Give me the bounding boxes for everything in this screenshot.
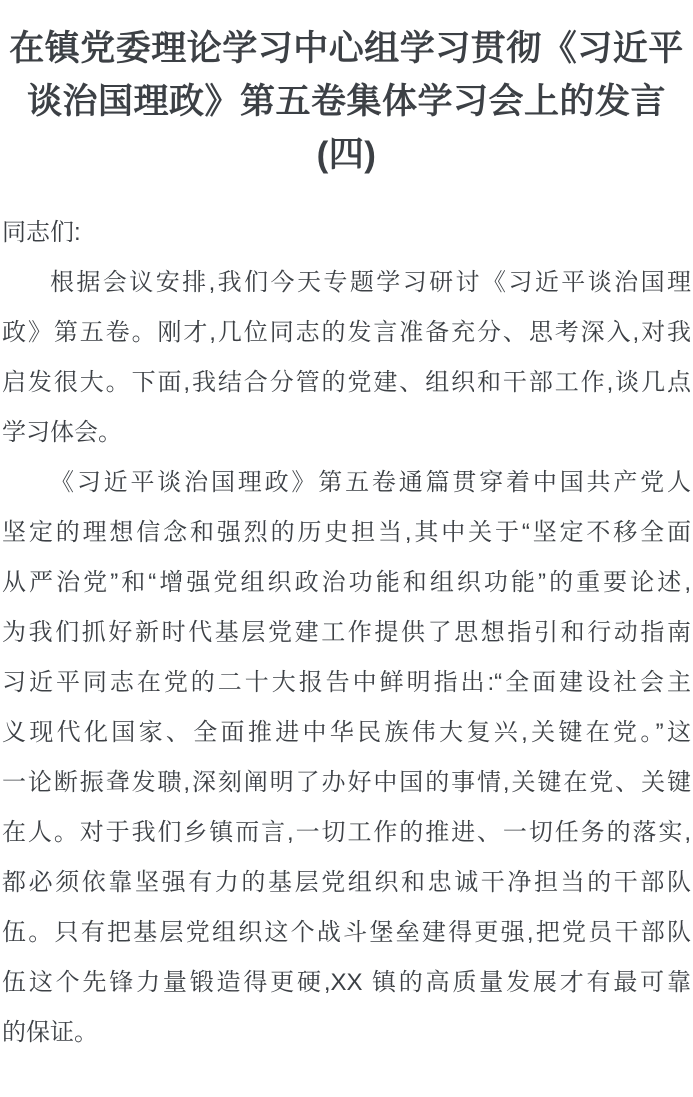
body-text-line: 都必须依靠坚强有力的基层党组织和忠诚干净担当的干部队 — [2, 858, 691, 908]
body-text-line: 政》第五卷。刚才,几位同志的发言准备充分、思考深入,对我 — [2, 308, 691, 358]
body-text-line: 伍。只有把基层党组织这个战斗堡垒建得更强,把党员干部队 — [2, 908, 691, 958]
title-line: 在镇党委理论学习中心组学习贯彻《习近平 — [6, 22, 687, 75]
body-text-line: 学习体会。 — [2, 408, 691, 458]
body-text-line: 义现代化国家、全面推进中华民族伟大复兴,关键在党。”这 — [2, 708, 691, 758]
body-text-line: 启发很大。下面,我结合分管的党建、组织和干部工作,谈几点 — [2, 358, 691, 408]
title-part-number: (四) — [6, 128, 687, 181]
body-text-line: 坚定的理想信念和强烈的历史担当,其中关于“坚定不移全面 — [2, 508, 691, 558]
body-text-line: 在人。对于我们乡镇而言,一切工作的推进、一切任务的落实, — [2, 808, 691, 858]
body-text-line: 从严治党”和“增强党组织政治功能和组织功能”的重要论述, — [2, 558, 691, 608]
body-text-line: 为我们抓好新时代基层党建工作提供了思想指引和行动指南 — [2, 608, 691, 658]
body-text-line: 根据会议安排,我们今天专题学习研讨《习近平谈治国理 — [2, 258, 691, 308]
body-text-line: 《习近平谈治国理政》第五卷通篇贯穿着中国共产党人 — [2, 458, 691, 508]
body-text-line: 伍这个先锋力量锻造得更硬,XX 镇的高质量发展才有最可靠 — [2, 958, 691, 1008]
body-text-line: 一论断振聋发聩,深刻阐明了办好中国的事情,关键在党、关键 — [2, 758, 691, 808]
body-text-line: 的保证。 — [2, 1008, 691, 1058]
document-body: 同志们: 根据会议安排,我们今天专题学习研讨《习近平谈治国理 政》第五卷。刚才,… — [2, 208, 691, 1058]
document-page: 在镇党委理论学习中心组学习贯彻《习近平 谈治国理政》第五卷集体学习会上的发言 (… — [1, 22, 692, 1058]
salutation-line: 同志们: — [2, 208, 691, 258]
title-line: 谈治国理政》第五卷集体学习会上的发言 — [6, 75, 687, 128]
body-text-line: 习近平同志在党的二十大报告中鲜明指出:“全面建设社会主 — [2, 658, 691, 708]
document-title: 在镇党委理论学习中心组学习贯彻《习近平 谈治国理政》第五卷集体学习会上的发言 (… — [6, 22, 687, 181]
